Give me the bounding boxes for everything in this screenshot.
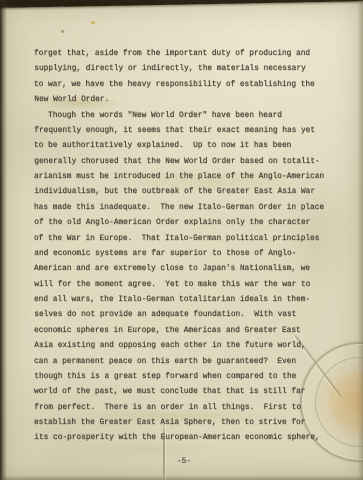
text-line: to war, we have the heavy responsibility… — [34, 78, 334, 93]
ink-speck — [91, 21, 95, 24]
text-line: American and are extremely close to Japa… — [34, 262, 334, 277]
text-line: of the War in Europe. That Italo-German … — [34, 232, 334, 247]
text-line: individualism, but the outbreak of the G… — [34, 185, 334, 200]
bottom-edge-shadow — [0, 475, 363, 480]
text-line: though this is a great step forward when… — [34, 370, 334, 385]
text-line: end all wars, the Italo-German totalitar… — [34, 293, 334, 308]
text-line: of the old Anglo-American Order explains… — [34, 216, 334, 231]
typewritten-text: forget that, aside from the important du… — [34, 47, 334, 447]
text-line: establish the Greater East Asia Sphere, … — [34, 416, 334, 431]
text-line: Asia existing and opposing each other in… — [34, 339, 334, 354]
text-line: supplying, directly or indirectly, the m… — [34, 62, 334, 77]
text-line: selves do not provide an adequate founda… — [34, 308, 334, 323]
text-line: generally chorused that the New World Or… — [34, 155, 334, 170]
text-line: and economic systems are far superior to… — [34, 247, 334, 262]
page-number: -5- — [34, 455, 334, 470]
text-line: New World Order. — [34, 93, 334, 108]
text-line: will for the moment agree. Yet to make t… — [34, 278, 334, 293]
text-line: frequently enough, it seems that their e… — [34, 124, 334, 139]
text-line: to be authoritatively explained. Up to n… — [34, 139, 334, 154]
document-page: forget that, aside from the important du… — [0, 0, 363, 480]
text-line: Though the words "New World Order" have … — [34, 109, 334, 124]
text-line: forget that, aside from the important du… — [34, 47, 334, 62]
text-line: arianism must be introduced in the place… — [34, 170, 334, 185]
text-line: its co-prosperity with the European-Amer… — [34, 431, 334, 446]
text-line: has made this inadequate. The new Italo-… — [34, 201, 334, 216]
ink-speck — [61, 30, 64, 33]
text-line: economic spheres in Europe, the Americas… — [34, 324, 334, 339]
left-edge-shadow — [0, 0, 7, 480]
top-edge-shadow — [0, 0, 363, 8]
text-line: can a permanent peace on this earth be g… — [34, 355, 334, 370]
text-line: from perfect. There is an order in all t… — [34, 401, 334, 416]
text-line: world of the past, we must conclude that… — [34, 385, 334, 400]
